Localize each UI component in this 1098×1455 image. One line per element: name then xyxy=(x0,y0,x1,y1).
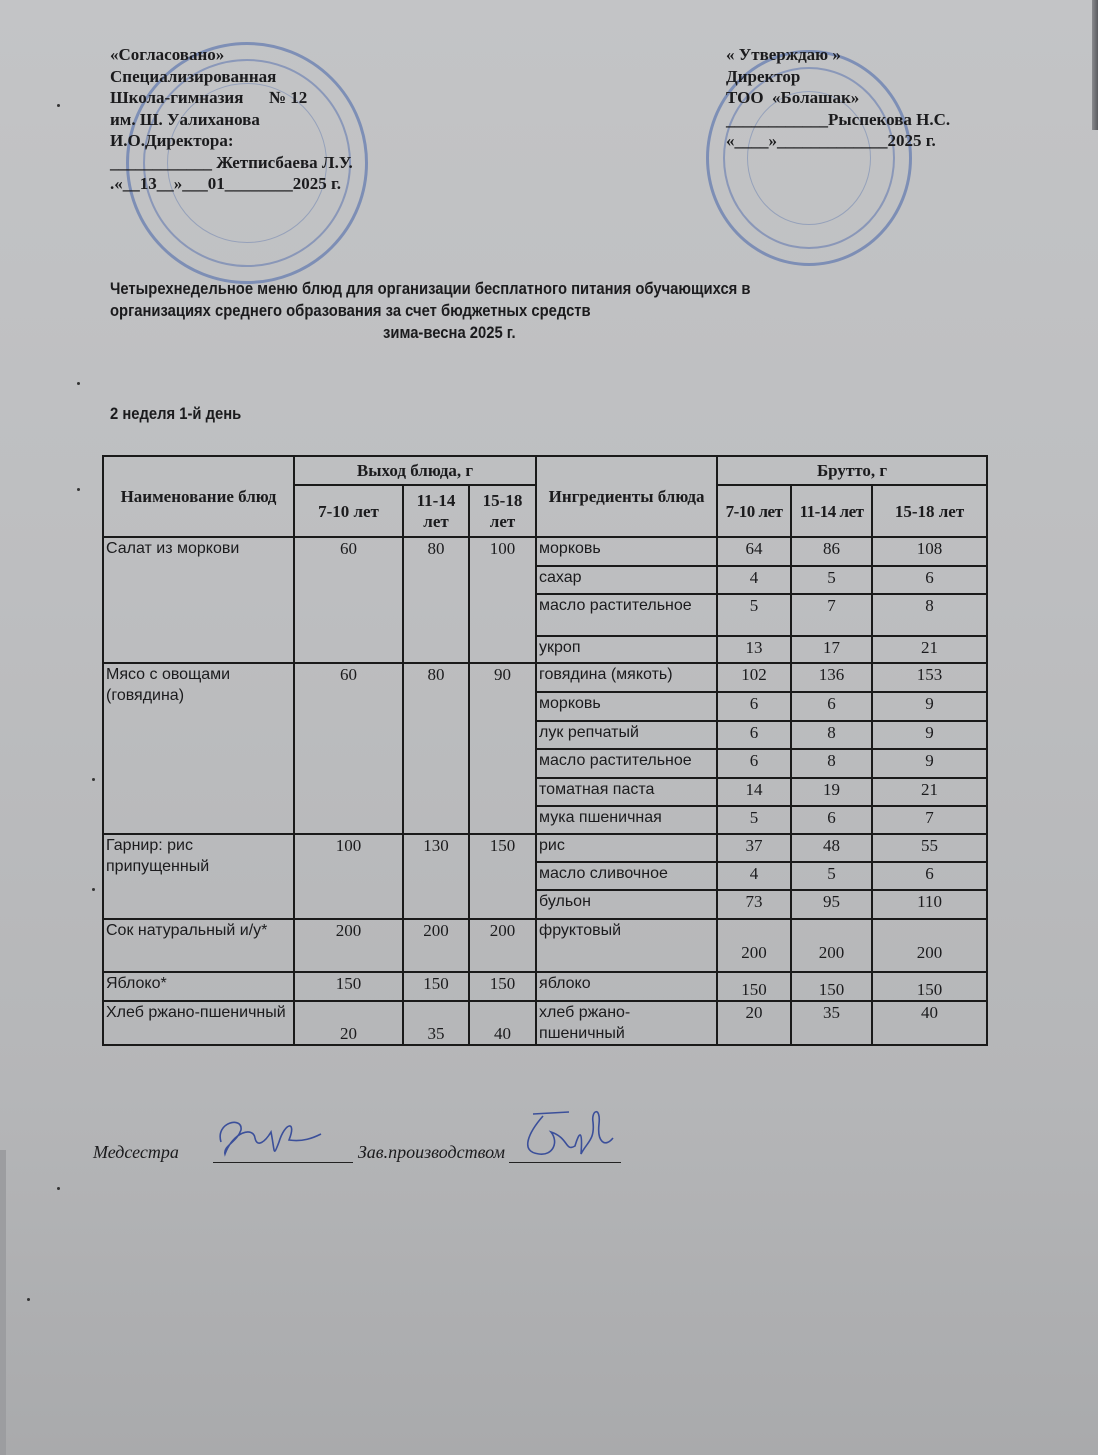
ingredient-gross-cell: 37 xyxy=(717,834,791,862)
dish-yield-cell: 100 xyxy=(469,537,536,663)
table-row: Сок натуральный и/у*200200200фруктовый20… xyxy=(103,919,987,972)
speck xyxy=(92,888,95,891)
dish-yield-cell: 200 xyxy=(294,919,403,972)
dish-yield-cell: 150 xyxy=(469,834,536,919)
approval-line: им. Ш. Уалиханова xyxy=(110,109,353,131)
production-label: Зав.производством xyxy=(358,1142,505,1162)
ingredient-gross-cell: 150 xyxy=(872,972,987,1001)
header-gross-7-10: 7-10 лет xyxy=(717,485,791,537)
header-yield-15-18: 15-18 лет xyxy=(469,485,536,537)
ingredient-name-cell: масло растительное xyxy=(536,749,717,778)
signature-icon xyxy=(213,1112,323,1162)
dish-name-cell: Хлеб ржано-пшеничный xyxy=(103,1001,294,1045)
approval-line: Специализированная xyxy=(110,66,353,88)
dish-yield-cell: 150 xyxy=(469,972,536,1001)
week-day-label: 2 неделя 1-й день xyxy=(110,404,241,424)
page-edge-shadow xyxy=(0,1150,6,1455)
dish-name-cell: Сок натуральный и/у* xyxy=(103,919,294,972)
dish-yield-cell: 60 xyxy=(294,663,403,834)
approval-line: И.О.Директора: xyxy=(110,130,353,152)
ingredient-gross-cell: 110 xyxy=(872,890,987,919)
ingredient-gross-cell: 19 xyxy=(791,778,872,806)
dish-yield-cell: 130 xyxy=(403,834,469,919)
speck xyxy=(77,382,80,385)
ingredient-gross-cell: 64 xyxy=(717,537,791,566)
title-season: зима-весна 2025 г. xyxy=(110,322,858,344)
table-row: Яблоко*150150150яблоко150150150 xyxy=(103,972,987,1001)
ingredient-gross-cell: 9 xyxy=(872,721,987,749)
ingredient-name-cell: масло растительное xyxy=(536,594,717,636)
ingredient-name-cell: мука пшеничная xyxy=(536,806,717,834)
ingredient-gross-cell: 153 xyxy=(872,663,987,692)
header-yield: Выход блюда, г xyxy=(294,456,536,485)
speck xyxy=(27,1298,30,1301)
ingredient-name-cell: бульон xyxy=(536,890,717,919)
ingredient-gross-cell: 14 xyxy=(717,778,791,806)
speck xyxy=(77,488,80,491)
approval-line: «Согласовано» xyxy=(110,44,353,66)
header-gross-15-18: 15-18 лет xyxy=(872,485,987,537)
dish-yield-cell: 100 xyxy=(294,834,403,919)
ingredient-gross-cell: 4 xyxy=(717,566,791,594)
ingredient-gross-cell: 6 xyxy=(717,692,791,721)
dish-name-cell: Гарнир: рис припущенный xyxy=(103,834,294,919)
dish-yield-cell: 80 xyxy=(403,537,469,663)
dish-yield-cell: 40 xyxy=(469,1001,536,1045)
ingredient-gross-cell: 200 xyxy=(791,919,872,972)
table-row: Гарнир: рис припущенный100130150рис37485… xyxy=(103,834,987,862)
ingredient-gross-cell: 5 xyxy=(791,566,872,594)
ingredient-gross-cell: 5 xyxy=(791,862,872,890)
document-title: Четырехнедельное меню блюд для организац… xyxy=(110,278,858,344)
dish-yield-cell: 20 xyxy=(294,1001,403,1045)
ingredient-gross-cell: 9 xyxy=(872,749,987,778)
ingredient-gross-cell: 6 xyxy=(791,806,872,834)
ingredient-gross-cell: 55 xyxy=(872,834,987,862)
ingredient-name-cell: фруктовый xyxy=(536,919,717,972)
ingredient-gross-cell: 150 xyxy=(717,972,791,1001)
ingredient-gross-cell: 35 xyxy=(791,1001,872,1045)
menu-table: Наименование блюд Выход блюда, г Ингреди… xyxy=(102,455,988,1046)
approval-block-right: « Утверждаю »ДиректорТОО «Болашак»______… xyxy=(726,44,950,152)
dish-yield-cell: 150 xyxy=(294,972,403,1001)
ingredient-name-cell: яблоко xyxy=(536,972,717,1001)
header-yield-7-10: 7-10 лет xyxy=(294,485,403,537)
production-signature-line xyxy=(509,1138,621,1163)
title-line-1: Четырехнедельное меню блюд для организац… xyxy=(110,279,751,298)
approval-line: ____________ Жетписбаева Л.У. xyxy=(110,152,353,174)
ingredient-name-cell: хлеб ржано-пшеничный xyxy=(536,1001,717,1045)
ingredient-gross-cell: 150 xyxy=(791,972,872,1001)
approval-line: Директор xyxy=(726,66,950,88)
approval-line: .«__13__»___01________2025 г. xyxy=(110,173,353,195)
dish-name-cell: Салат из моркови xyxy=(103,537,294,663)
approval-line: «____»_____________2025 г. xyxy=(726,130,950,152)
approval-line: ТОО «Болашак» xyxy=(726,87,950,109)
ingredient-gross-cell: 20 xyxy=(717,1001,791,1045)
title-line-2: организациях среднего образования за сче… xyxy=(110,301,591,320)
ingredient-name-cell: лук репчатый xyxy=(536,721,717,749)
dish-yield-cell: 60 xyxy=(294,537,403,663)
ingredient-name-cell: томатная паста xyxy=(536,778,717,806)
ingredient-gross-cell: 73 xyxy=(717,890,791,919)
signature-row: Медсестра Зав.производством xyxy=(93,1138,621,1163)
dish-yield-cell: 35 xyxy=(403,1001,469,1045)
ingredient-gross-cell: 7 xyxy=(791,594,872,636)
ingredient-gross-cell: 17 xyxy=(791,636,872,663)
ingredient-gross-cell: 21 xyxy=(872,636,987,663)
ingredient-gross-cell: 7 xyxy=(872,806,987,834)
header-yield-11-14: 11-14 лет xyxy=(403,485,469,537)
nurse-signature-line xyxy=(213,1138,353,1163)
dish-yield-cell: 200 xyxy=(469,919,536,972)
ingredient-gross-cell: 200 xyxy=(872,919,987,972)
dish-name-cell: Яблоко* xyxy=(103,972,294,1001)
ingredient-gross-cell: 5 xyxy=(717,594,791,636)
dish-yield-cell: 200 xyxy=(403,919,469,972)
dish-yield-cell: 150 xyxy=(403,972,469,1001)
nurse-label: Медсестра xyxy=(93,1142,179,1162)
ingredient-gross-cell: 136 xyxy=(791,663,872,692)
speck xyxy=(57,104,60,107)
ingredient-name-cell: масло сливочное xyxy=(536,862,717,890)
ingredient-gross-cell: 13 xyxy=(717,636,791,663)
ingredient-gross-cell: 4 xyxy=(717,862,791,890)
ingredient-name-cell: говядина (мякоть) xyxy=(536,663,717,692)
ingredient-gross-cell: 200 xyxy=(717,919,791,972)
ingredient-gross-cell: 102 xyxy=(717,663,791,692)
ingredient-name-cell: укроп xyxy=(536,636,717,663)
ingredient-name-cell: рис xyxy=(536,834,717,862)
ingredient-gross-cell: 8 xyxy=(791,721,872,749)
header-gross: Брутто, г xyxy=(717,456,987,485)
ingredient-gross-cell: 40 xyxy=(872,1001,987,1045)
ingredient-gross-cell: 8 xyxy=(872,594,987,636)
speck xyxy=(92,778,95,781)
ingredient-gross-cell: 9 xyxy=(872,692,987,721)
ingredient-gross-cell: 6 xyxy=(791,692,872,721)
approval-line: ____________Рыспекова Н.С. xyxy=(726,109,950,131)
ingredient-gross-cell: 8 xyxy=(791,749,872,778)
speck xyxy=(57,1187,60,1190)
ingredient-gross-cell: 6 xyxy=(717,721,791,749)
dish-yield-cell: 90 xyxy=(469,663,536,834)
dish-name-cell: Мясо с овощами (говядина) xyxy=(103,663,294,834)
ingredient-gross-cell: 48 xyxy=(791,834,872,862)
ingredient-gross-cell: 6 xyxy=(717,749,791,778)
ingredient-gross-cell: 108 xyxy=(872,537,987,566)
dish-yield-cell: 80 xyxy=(403,663,469,834)
ingredient-name-cell: морковь xyxy=(536,537,717,566)
ingredient-gross-cell: 21 xyxy=(872,778,987,806)
header-dish-name: Наименование блюд xyxy=(103,456,294,537)
signature-icon xyxy=(509,1102,619,1162)
ingredient-gross-cell: 6 xyxy=(872,566,987,594)
table-row: Мясо с овощами (говядина)608090говядина … xyxy=(103,663,987,692)
page-edge-shadow xyxy=(1092,0,1098,130)
ingredient-gross-cell: 5 xyxy=(717,806,791,834)
ingredient-gross-cell: 6 xyxy=(872,862,987,890)
ingredient-gross-cell: 86 xyxy=(791,537,872,566)
ingredient-name-cell: сахар xyxy=(536,566,717,594)
table-row: Салат из моркови6080100морковь6486108 xyxy=(103,537,987,566)
ingredient-name-cell: морковь xyxy=(536,692,717,721)
approval-line: « Утверждаю » xyxy=(726,44,950,66)
ingredient-gross-cell: 95 xyxy=(791,890,872,919)
table-row: Хлеб ржано-пшеничный203540хлеб ржано-пше… xyxy=(103,1001,987,1045)
approval-block-left: «Согласовано»СпециализированнаяШкола-гим… xyxy=(110,44,353,195)
approval-line: Школа-гимназия № 12 xyxy=(110,87,353,109)
header-ingredients: Ингредиенты блюда xyxy=(536,456,717,537)
header-gross-11-14: 11-14 лет xyxy=(791,485,872,537)
